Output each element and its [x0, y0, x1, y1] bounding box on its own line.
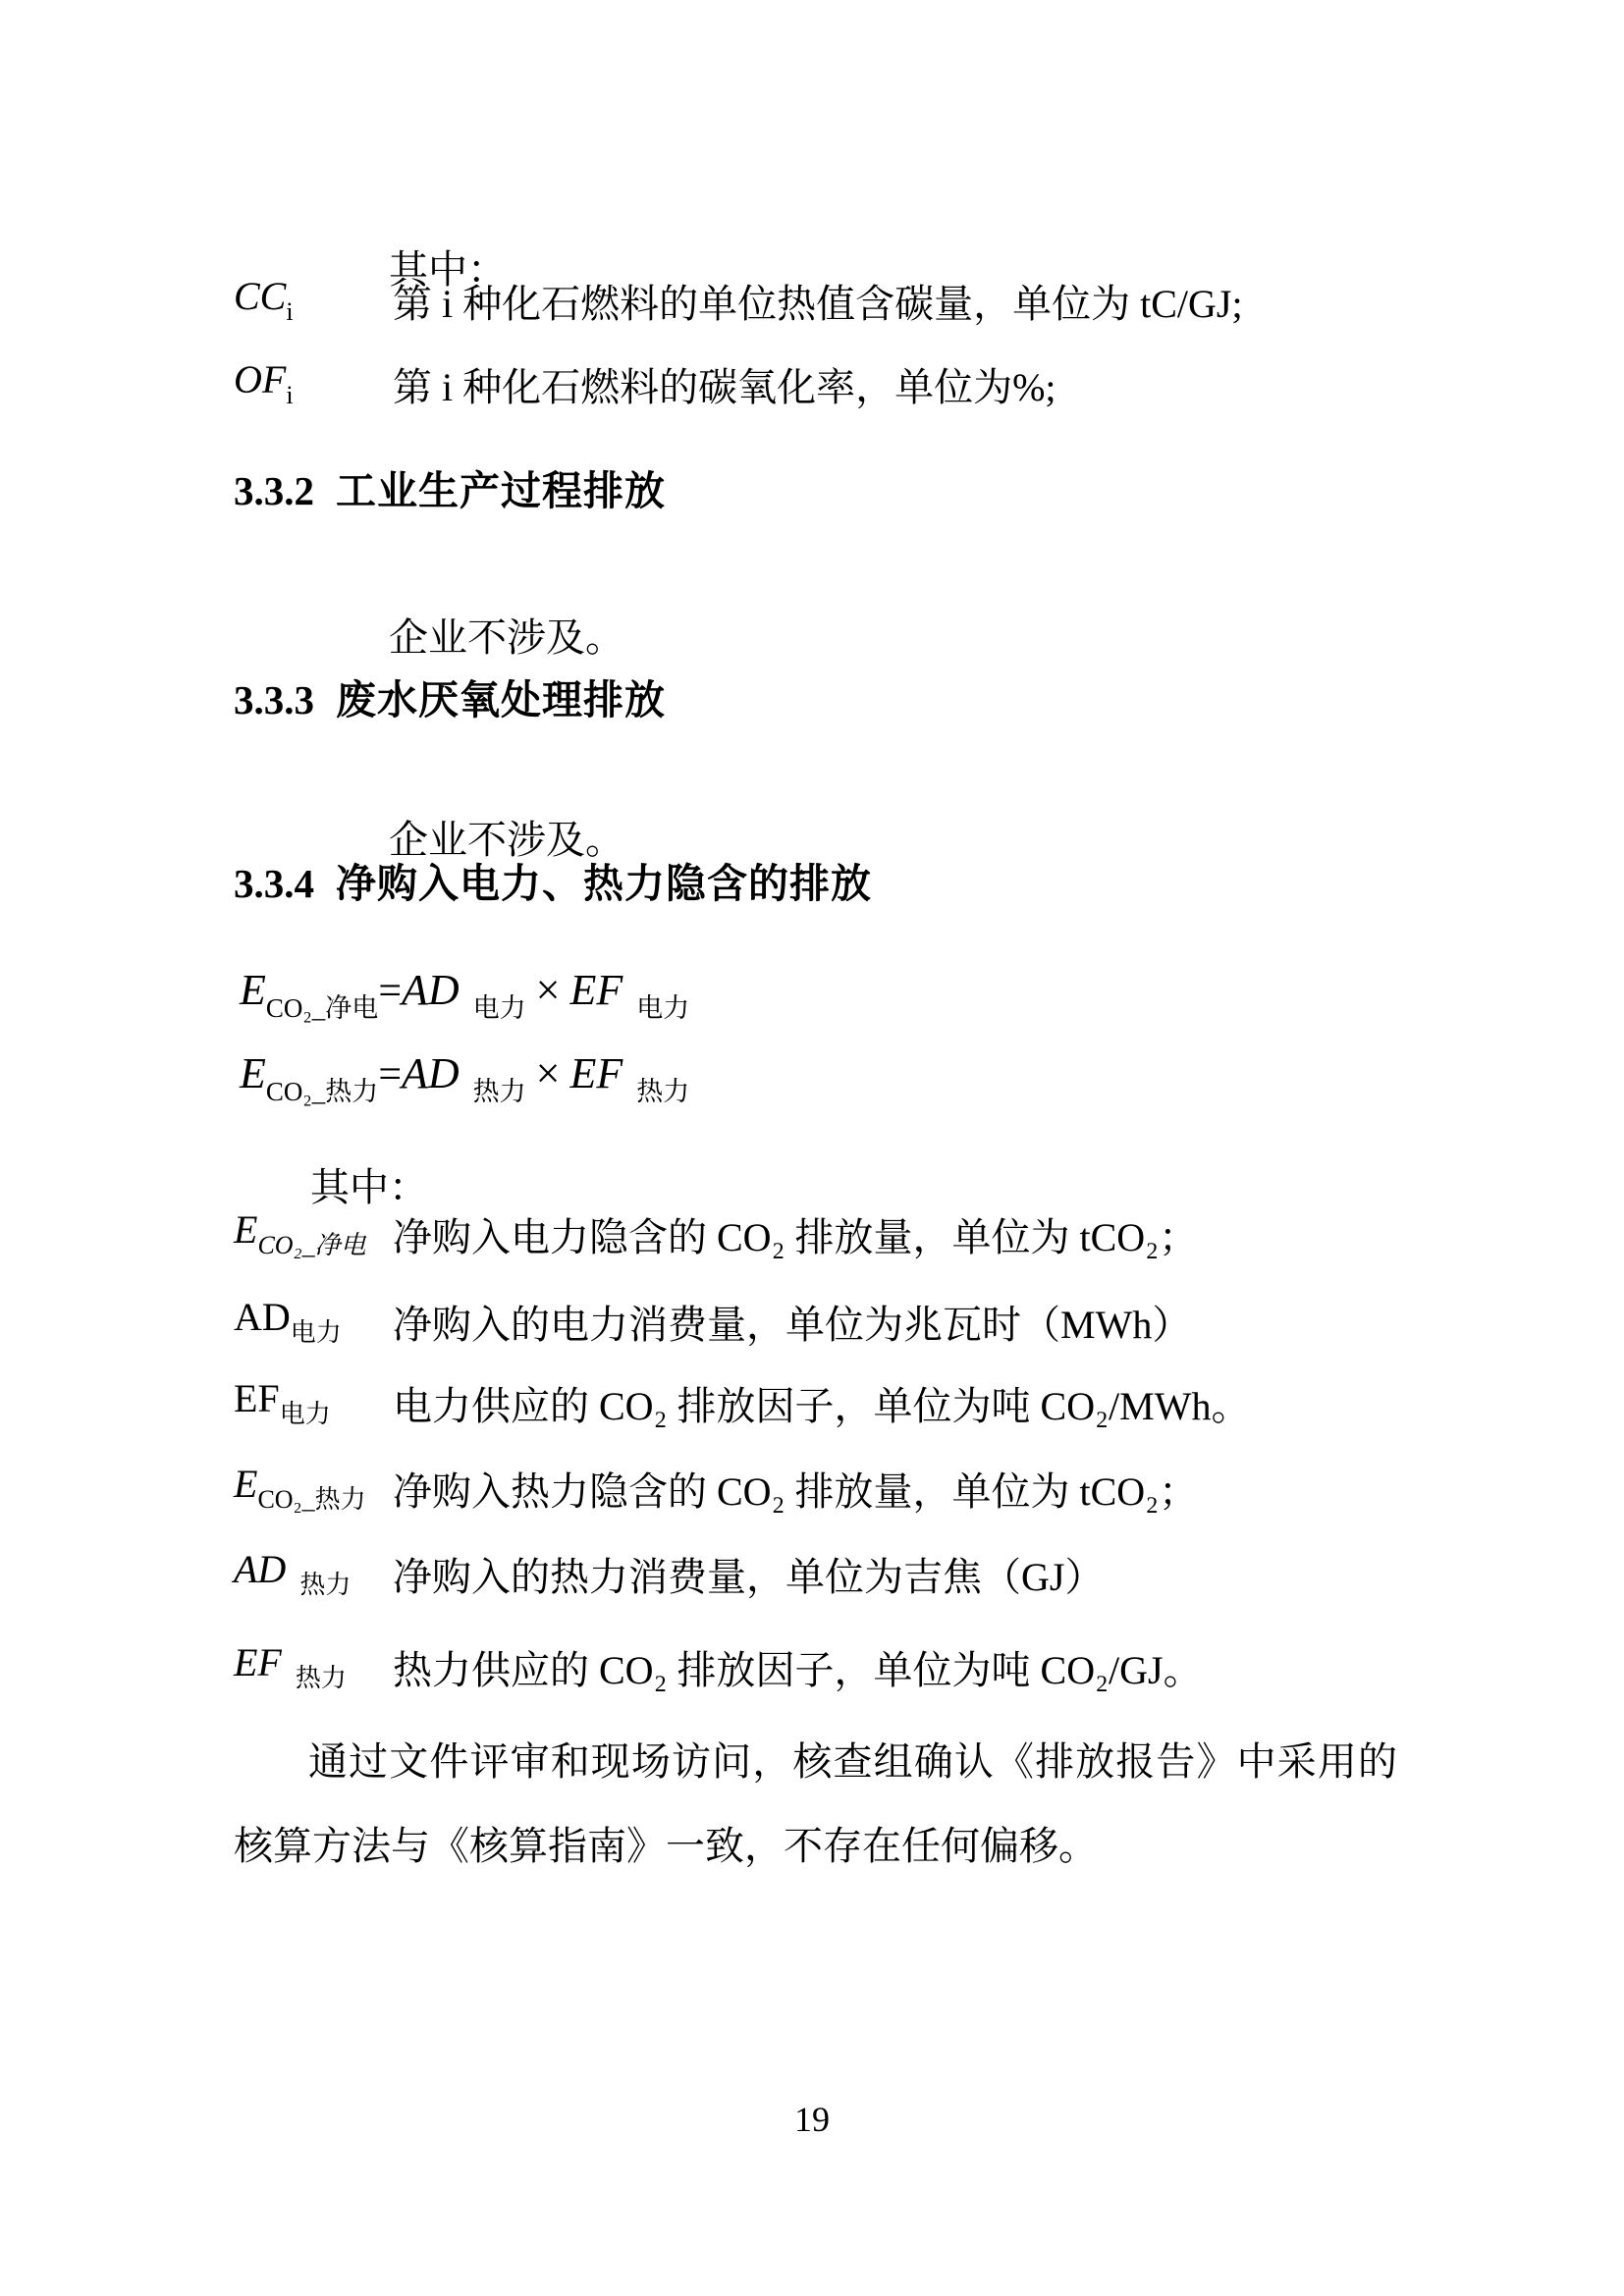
- section-title-333: 废水厌氧处理排放: [336, 677, 666, 722]
- section-number-333: 3.3.3: [234, 677, 314, 722]
- section-body-332: 企业不涉及。: [389, 607, 624, 663]
- section-title-332: 工业生产过程排放: [336, 468, 666, 513]
- definition-ef-heat-text: 热力供应的 CO₂ 排放因子，单位为吨 CO₂/GJ。: [393, 1639, 1203, 1695]
- term-ef-heat: EF热力: [234, 1639, 347, 1685]
- formula-net-electricity: ECO₂_净电=AD电力×EF电力: [240, 965, 689, 1015]
- section-heading-332: 3.3.2工业生产过程排放: [234, 458, 666, 516]
- term-ad-electricity-base: AD: [234, 1295, 291, 1339]
- formula2-lhs-sub: CO₂_热力: [266, 1077, 378, 1106]
- term-ofi-sub: i: [286, 381, 293, 409]
- definition-ef-electricity-text: 电力供应的 CO₂ 排放因子，单位为吨 CO₂/MWh。: [393, 1375, 1250, 1431]
- page-number: 19: [0, 2099, 1624, 2140]
- formula2-equals: =: [378, 1052, 402, 1097]
- definition-row-e-heat: ECO₂_热力 净购入热力隐含的 CO₂ 排放量，单位为 tCO₂；: [234, 1461, 1471, 1523]
- term-ad-electricity-sub: 电力: [291, 1318, 342, 1347]
- document-page: 其中： CCi 第 i 种化石燃料的单位热值含碳量，单位为 tC/GJ; OFi…: [0, 0, 1624, 2296]
- closing-paragraph: 通过文件评审和现场访问，核查组确认《排放报告》中采用的核算方法与《核算指南》一致…: [234, 1720, 1397, 1889]
- definition-row-ef-electricity: EF电力 电力供应的 CO₂ 排放因子，单位为吨 CO₂/MWh。: [234, 1375, 1471, 1438]
- among-label-second: 其中：: [310, 1156, 428, 1212]
- term-e-heat-base: E: [234, 1462, 257, 1506]
- formula-net-heat: ECO₂_热力=AD热力×EF热力: [240, 1048, 689, 1098]
- definition-cci-text: 第 i 种化石燃料的单位热值含碳量，单位为 tC/GJ;: [393, 273, 1243, 329]
- term-ef-electricity-base: EF: [234, 1376, 280, 1420]
- definition-row-ad-heat: AD热力 净购入的热力消费量，单位为吉焦（GJ）: [234, 1546, 1471, 1609]
- term-cci-base: CC: [234, 274, 286, 318]
- definition-row-e-net-electricity: ECO₂_净电 净购入电力隐含的 CO₂ 排放量，单位为 tCO₂；: [234, 1206, 1471, 1269]
- formula2-term2-base: EF: [569, 1049, 623, 1097]
- formula1-term1-sub: 电力: [473, 993, 526, 1023]
- definition-row-cci: CCi 第 i 种化石燃料的单位热值含碳量，单位为 tC/GJ;: [234, 273, 1471, 336]
- term-ad-heat-base: AD: [234, 1547, 286, 1591]
- term-ef-heat-sub: 热力: [296, 1664, 347, 1692]
- term-e-heat-sub: CO₂_热力: [257, 1485, 365, 1514]
- definition-row-ef-heat: EF热力 热力供应的 CO₂ 排放因子，单位为吨 CO₂/GJ。: [234, 1639, 1471, 1702]
- term-e-heat: ECO₂_热力: [234, 1461, 366, 1507]
- definition-ofi-text: 第 i 种化石燃料的碳氧化率，单位为%;: [393, 356, 1056, 412]
- term-ofi-base: OF: [234, 357, 286, 401]
- definition-ad-electricity-text: 净购入的电力消费量，单位为兆瓦时（MWh）: [393, 1294, 1191, 1350]
- formula2-term1-sub: 热力: [473, 1077, 526, 1106]
- formula2-term2-sub: 热力: [636, 1077, 689, 1106]
- section-heading-334: 3.3.4净购入电力、热力隐含的排放: [234, 851, 872, 909]
- term-ofi: OFi: [234, 356, 294, 402]
- term-ef-electricity-sub: 电力: [280, 1400, 331, 1428]
- formula2-lhs-base: E: [240, 1049, 266, 1097]
- formula2-times-operator: ×: [526, 1049, 570, 1097]
- definition-row-ad-electricity: AD电力 净购入的电力消费量，单位为兆瓦时（MWh）: [234, 1294, 1471, 1357]
- formula2-term1-base: AD: [402, 1049, 460, 1097]
- formula1-lhs-sub: CO₂_净电: [266, 993, 378, 1023]
- formula1-times-operator: ×: [526, 966, 570, 1014]
- definition-ad-heat-text: 净购入的热力消费量，单位为吉焦（GJ）: [393, 1546, 1104, 1602]
- term-cci-sub: i: [286, 297, 293, 326]
- definition-e-heat-text: 净购入热力隐含的 CO₂ 排放量，单位为 tCO₂；: [393, 1461, 1198, 1517]
- term-e-net-electricity-base: E: [234, 1207, 257, 1252]
- definition-e-net-electricity-text: 净购入电力隐含的 CO₂ 排放量，单位为 tCO₂；: [393, 1206, 1198, 1262]
- section-number-332: 3.3.2: [234, 468, 314, 513]
- formula1-lhs-base: E: [240, 966, 266, 1014]
- term-ef-heat-base: EF: [234, 1640, 282, 1684]
- section-title-334: 净购入电力、热力隐含的排放: [336, 861, 872, 906]
- section-heading-333: 3.3.3废水厌氧处理排放: [234, 667, 666, 725]
- definition-row-ofi: OFi 第 i 种化石燃料的碳氧化率，单位为%;: [234, 356, 1471, 419]
- section-number-334: 3.3.4: [234, 861, 314, 906]
- term-ad-heat-sub: 热力: [299, 1571, 351, 1599]
- formula1-equals: =: [378, 969, 402, 1014]
- formula1-term2-base: EF: [569, 966, 623, 1014]
- term-ef-electricity: EF电力: [234, 1375, 331, 1421]
- term-e-net-electricity-sub: CO₂_净电: [257, 1231, 365, 1259]
- term-cci: CCi: [234, 273, 294, 319]
- term-e-net-electricity: ECO₂_净电: [234, 1206, 366, 1253]
- term-ad-heat: AD热力: [234, 1546, 351, 1592]
- formula1-term2-sub: 电力: [636, 993, 689, 1023]
- term-ad-electricity: AD电力: [234, 1294, 342, 1340]
- formula1-term1-base: AD: [402, 966, 460, 1014]
